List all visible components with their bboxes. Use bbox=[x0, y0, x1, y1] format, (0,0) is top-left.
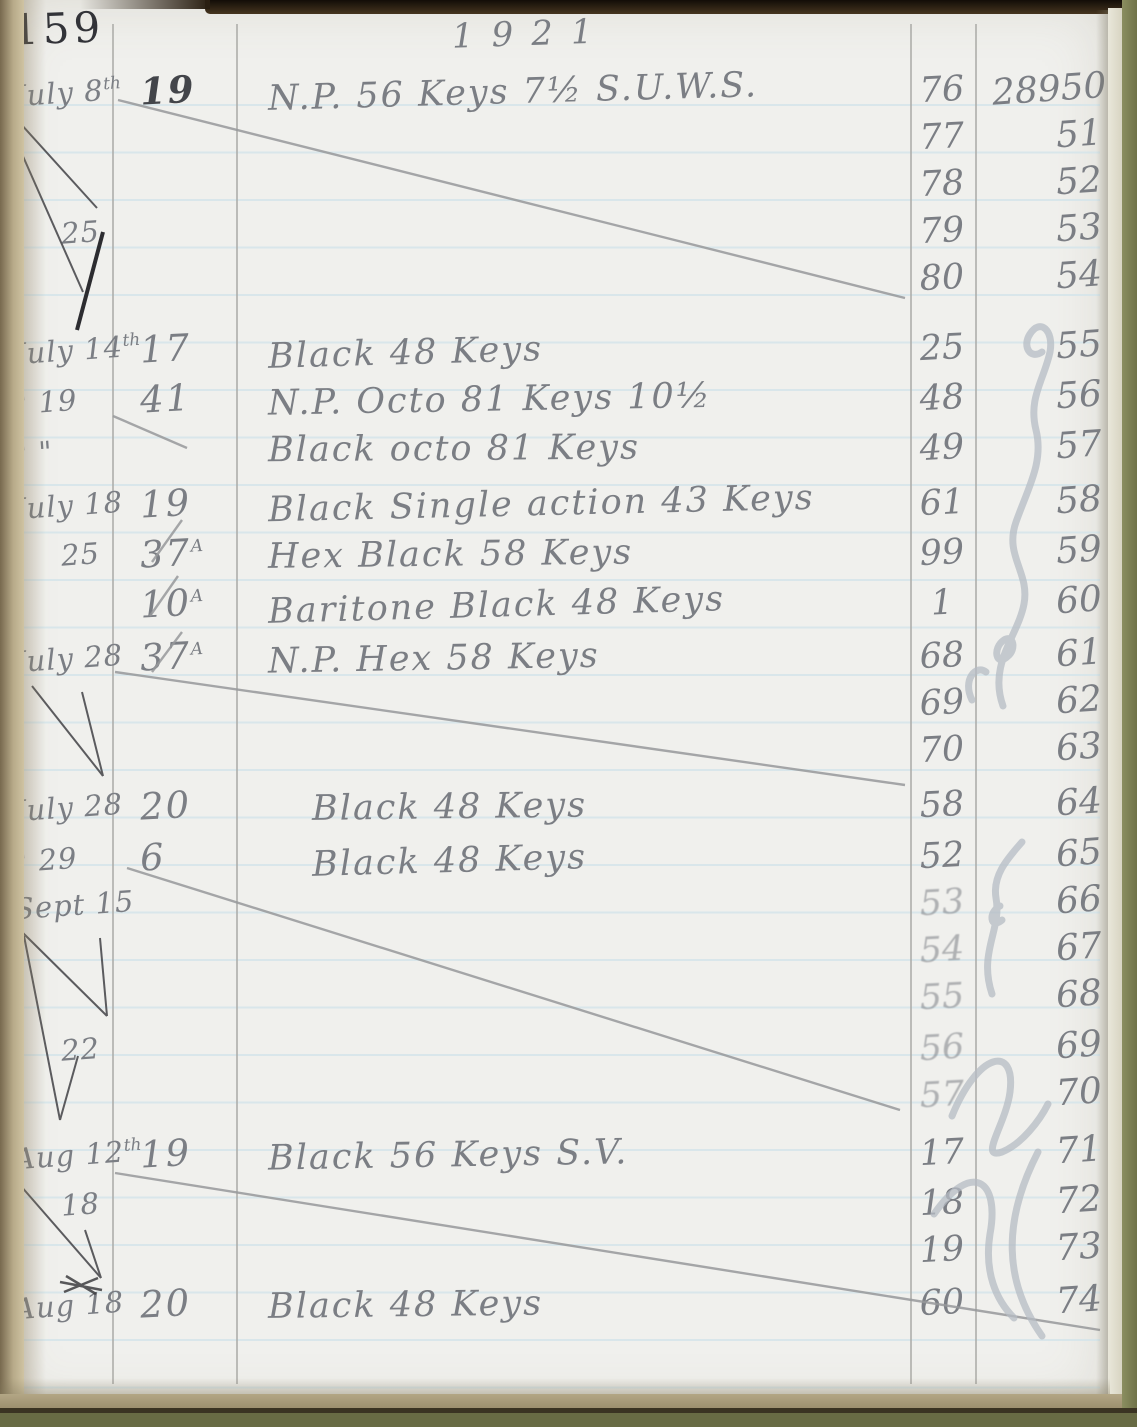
cell-quantity: 20 bbox=[139, 1281, 241, 1323]
cell-serial: 49 bbox=[909, 429, 975, 467]
cell-serial: 18 bbox=[909, 1184, 975, 1222]
cell-serial: 80 bbox=[909, 259, 975, 297]
cell-serial: 79 bbox=[909, 212, 975, 250]
cell-serial: 48 bbox=[909, 379, 975, 417]
cell-ledger-number: 57 bbox=[991, 426, 1103, 470]
table-row: 7852 bbox=[0, 152, 1108, 204]
cell-serial: 53 bbox=[909, 884, 975, 922]
cell-ledger-number: 59 bbox=[991, 531, 1103, 575]
cell-serial: 17 bbox=[909, 1134, 975, 1172]
cell-quantity: 17 bbox=[139, 326, 241, 368]
backdrop-right bbox=[1122, 0, 1137, 1427]
binding-left-shadow bbox=[24, 0, 46, 1412]
cell-serial: 19 bbox=[909, 1231, 975, 1269]
table-row: 2537AHex Black 58 Keys9959 bbox=[0, 521, 1108, 573]
table-row: July 1819Black Single action 43 Keys6158 bbox=[0, 471, 1108, 523]
cell-quantity: 41 bbox=[139, 376, 241, 418]
table-row: July 14th17Black 48 Keys2555 bbox=[0, 316, 1108, 368]
cell-serial: 78 bbox=[909, 165, 975, 203]
cell-ledger-number: 56 bbox=[991, 376, 1103, 420]
table-row: July 8th19N.P. 56 Keys 7½ S.U.W.S.762895… bbox=[0, 58, 1108, 110]
table-row: 5568 bbox=[0, 965, 1108, 1017]
table-row: Aug 12th19Black 56 Keys S.V.1771 bbox=[0, 1121, 1108, 1173]
table-row: 10ABaritone Black 48 Keys160 bbox=[0, 571, 1108, 623]
table-row: 7751 bbox=[0, 105, 1108, 157]
cell-serial: 69 bbox=[909, 684, 975, 722]
cell-serial: 55 bbox=[909, 978, 975, 1016]
binding-left bbox=[0, 0, 24, 1427]
cell-quantity: 10A bbox=[139, 581, 241, 623]
cell-ledger-number: 58 bbox=[991, 481, 1103, 525]
cell-quantity: 20 bbox=[139, 783, 241, 825]
table-row: Aug 1820Black 48 Keys6074 bbox=[0, 1271, 1108, 1323]
cell-serial: 99 bbox=[909, 534, 975, 572]
cell-quantity: 37A bbox=[139, 531, 241, 573]
cell-description: Baritone Black 48 Keys bbox=[268, 577, 909, 630]
cell-ledger-number: 54 bbox=[991, 256, 1103, 300]
table-row: July 2820Black 48 Keys5864 bbox=[0, 773, 1108, 825]
year-heading: 1921 bbox=[451, 11, 611, 57]
cell-serial: 60 bbox=[909, 1284, 975, 1322]
table-row: 6962 bbox=[0, 671, 1108, 723]
cell-serial: 68 bbox=[909, 637, 975, 675]
cell-serial: 61 bbox=[909, 484, 975, 522]
cell-ledger-number: 70 bbox=[991, 1073, 1103, 1117]
page-paper: 159 1921 July 8th19N.P. 56 Keys 7½ S.U.W… bbox=[0, 0, 1108, 1412]
table-row: 1973 bbox=[0, 1218, 1108, 1270]
ledger-page-scan: 159 1921 July 8th19N.P. 56 Keys 7½ S.U.W… bbox=[0, 0, 1137, 1427]
cell-serial: 54 bbox=[909, 931, 975, 969]
cell-ledger-number: 64 bbox=[991, 783, 1103, 827]
cell-serial: 52 bbox=[909, 837, 975, 875]
table-row: " 1941N.P. Octo 81 Keys 10½4856 bbox=[0, 366, 1108, 418]
cell-ledger-number: 55 bbox=[991, 326, 1103, 370]
table-row: " 296Black 48 Keys5265 bbox=[0, 824, 1108, 876]
table-row: 257953 bbox=[0, 199, 1108, 251]
book-cover-top-fade bbox=[80, 0, 210, 9]
cell-serial: 76 bbox=[909, 71, 975, 109]
book-cover-top-edge bbox=[205, 0, 1130, 14]
cell-quantity: 19 bbox=[139, 1131, 241, 1173]
cell-description: Black 48 Keys bbox=[312, 784, 952, 827]
table-row: " "Black octo 81 Keys4957 bbox=[0, 416, 1108, 468]
cell-ledger-number: 60 bbox=[991, 581, 1103, 625]
cell-serial: 1 bbox=[909, 584, 975, 622]
table-row: 8054 bbox=[0, 246, 1108, 298]
cell-quantity: 19 bbox=[139, 481, 241, 523]
cell-ledger-number: 73 bbox=[991, 1228, 1103, 1272]
cell-ledger-number: 71 bbox=[991, 1131, 1103, 1175]
table-row: Sept 155366 bbox=[0, 871, 1108, 923]
table-row: 7063 bbox=[0, 718, 1108, 770]
table-row: 5467 bbox=[0, 918, 1108, 970]
cell-ledger-number: 68 bbox=[991, 975, 1103, 1019]
cell-ledger-number: 63 bbox=[991, 728, 1103, 772]
cell-description: Hex Black 58 Keys bbox=[268, 532, 908, 575]
cell-serial: 77 bbox=[909, 118, 975, 156]
table-row: 5770 bbox=[0, 1063, 1108, 1115]
table-row: 225669 bbox=[0, 1016, 1108, 1068]
page-right-edge bbox=[1108, 8, 1122, 1412]
cell-serial: 70 bbox=[909, 731, 975, 769]
cell-serial: 58 bbox=[909, 786, 975, 824]
table-row: 181872 bbox=[0, 1171, 1108, 1223]
cell-description: Black octo 81 Keys bbox=[268, 429, 908, 468]
cell-description: N.P. Octo 81 Keys 10½ bbox=[268, 375, 909, 421]
cell-serial: 56 bbox=[909, 1029, 975, 1067]
table-row: July 2837AN.P. Hex 58 Keys6861 bbox=[0, 624, 1108, 676]
cell-serial: 25 bbox=[909, 329, 975, 367]
cell-serial: 57 bbox=[909, 1076, 975, 1114]
cell-ledger-number: 74 bbox=[991, 1281, 1103, 1325]
cell-description: Black 48 Keys bbox=[268, 1282, 908, 1325]
backdrop-bottom bbox=[0, 1413, 1137, 1427]
cell-description: Black 56 Keys S.V. bbox=[268, 1130, 909, 1176]
